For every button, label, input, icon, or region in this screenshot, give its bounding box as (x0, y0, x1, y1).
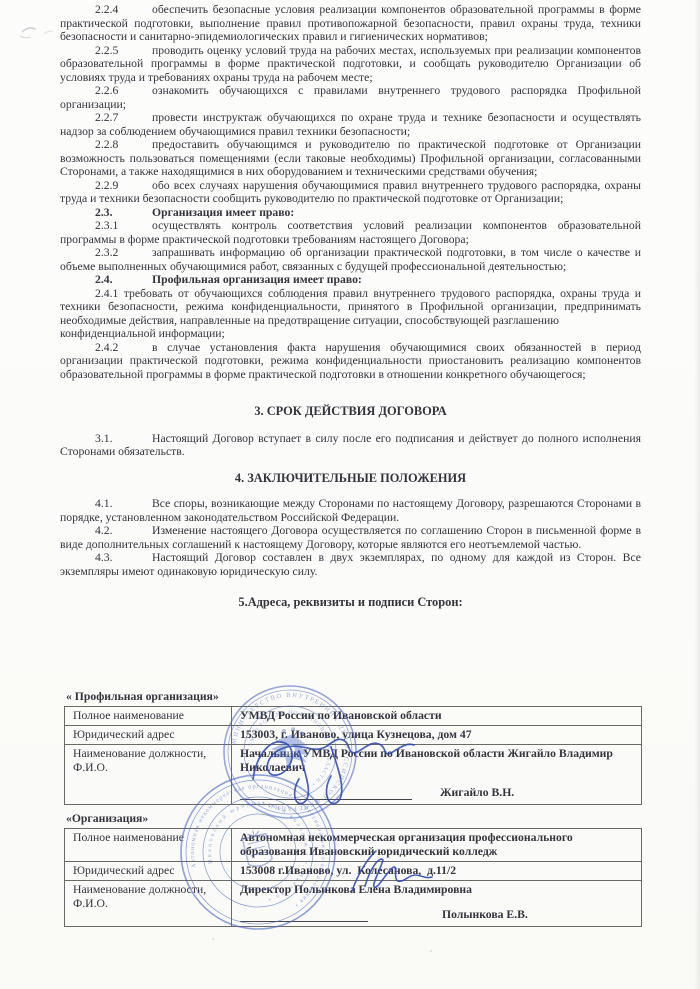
paragraph: 2.4.Профильная организация имеет право: (60, 273, 641, 287)
parties-section: « Профильная организация»Полное наименов… (64, 690, 642, 931)
paragraph: 2.4.1 требовать от обучающихся соблюдени… (60, 287, 641, 328)
row-label: Наименование должности, Ф.И.О. (65, 745, 232, 805)
row-value: Начальник УМВД России по Ивановской обла… (232, 745, 642, 805)
paragraph: 2.2.9обо всех случаях нарушения обучающи… (60, 179, 641, 206)
row-label: Полное наименование (65, 829, 232, 862)
row-value: УМВД России по Ивановской области (232, 707, 642, 726)
party-table: Полное наименованиеУМВД России по Иванов… (64, 706, 642, 805)
signature-blank-line (240, 907, 368, 922)
clause-number: 2.2.5 (95, 44, 152, 58)
clause-number: 2.4.2 (95, 341, 152, 355)
section-heading: 5.Адреса, реквизиты и подписи Сторон: (60, 596, 641, 610)
paragraph: конфиденциальной информации; (60, 327, 641, 341)
clause-number: 2.3. (95, 206, 152, 220)
section-heading: 3. СРОК ДЕЙСТВИЯ ДОГОВОРА (60, 405, 641, 419)
clause-number: 2.3.1 (95, 219, 152, 233)
row-value: Директор Полынкова Елена ВладимировнаПол… (232, 881, 642, 927)
signature-line: Полынкова Е.В. (240, 907, 633, 922)
party-table-label: « Профильная организация» (66, 690, 642, 704)
row-value: 153008 г.Иваново, ул. Колесанова, д.11/2 (232, 862, 642, 881)
table-row: Юридический адрес153008 г.Иваново, ул. К… (65, 862, 642, 881)
clause-number: 4.3. (95, 551, 152, 565)
clause-number: 4.2. (95, 524, 152, 538)
paragraph: 4.2.Изменение настоящего Договора осущес… (60, 524, 641, 551)
table-row: Полное наименованиеАвтономная некоммерче… (65, 829, 642, 862)
clause-number: 4.1. (95, 497, 152, 511)
paragraph: 2.2.5проводить оценку условий труда на р… (60, 44, 641, 85)
signature-line: Жигайло В.Н. (240, 785, 633, 800)
value-text: Начальник УМВД России по Ивановской обла… (240, 747, 633, 775)
clause-number: 2.2.9 (95, 179, 152, 193)
paragraph: 2.3.2запрашивать информацию об организац… (60, 246, 641, 273)
clause-number: 2.2.8 (95, 138, 152, 152)
row-value: 153003, г. Иваново, улица Кузнецова, дом… (232, 726, 642, 745)
clause-number: 2.4. (95, 273, 152, 287)
clause-number: 2.2.4 (95, 3, 152, 17)
scan-edge-shadow (694, 0, 700, 989)
signature-blank-line (240, 785, 412, 800)
party-table-label: «Организация» (66, 812, 642, 826)
scanned-contract-page: 2.2.4обеспечить безопасные условия реали… (0, 0, 700, 989)
table-row: Полное наименованиеУМВД России по Иванов… (65, 707, 642, 726)
value-text: УМВД России по Ивановской области (240, 709, 633, 723)
row-label: Юридический адрес (65, 726, 232, 745)
row-label: Полное наименование (65, 707, 232, 726)
value-text: Автономная некоммерческая организация пр… (240, 831, 633, 859)
paragraph: 2.2.6ознакомить обучающихся с правилами … (60, 84, 641, 111)
paragraph: 2.3.1осуществлять контроль соответствия … (60, 219, 641, 246)
value-text: 153008 г.Иваново, ул. Колесанова, д.11/2 (240, 864, 633, 878)
scan-speck (430, 950, 432, 952)
scan-speck (212, 938, 214, 940)
signatory-name: Жигайло В.Н. (440, 786, 514, 800)
row-label: Юридический адрес (65, 862, 232, 881)
table-row: Юридический адрес153003, г. Иваново, ули… (65, 726, 642, 745)
paragraph: 2.2.4обеспечить безопасные условия реали… (60, 3, 641, 44)
party-table: Полное наименованиеАвтономная некоммерче… (64, 828, 642, 927)
row-label: Наименование должности, Ф.И.О. (65, 881, 232, 927)
signatory-name: Полынкова Е.В. (442, 908, 528, 922)
paragraph: 2.2.8предоставить обучающимся и руководи… (60, 138, 641, 179)
paragraph: 4.1.Все споры, возникающие между Сторона… (60, 497, 641, 524)
paragraph: 2.2.7провести инструктаж обучающихся по … (60, 111, 641, 138)
paragraph: 2.4.2в случае установления факта нарушен… (60, 341, 641, 382)
section-heading: 4. ЗАКЛЮЧИТЕЛЬНЫЕ ПОЛОЖЕНИЯ (60, 472, 641, 486)
value-text: 153003, г. Иваново, улица Кузнецова, дом… (240, 728, 633, 742)
table-row: Наименование должности, Ф.И.О.Директор П… (65, 881, 642, 927)
document-body: 2.2.4обеспечить безопасные условия реали… (60, 3, 641, 620)
clause-number: 2.2.6 (95, 84, 152, 98)
pencil-marks (14, 20, 64, 50)
row-value: Автономная некоммерческая организация пр… (232, 829, 642, 862)
clause-number: 2.3.2 (95, 246, 152, 260)
paragraph: 4.3.Настоящий Договор составлен в двух э… (60, 551, 641, 578)
clause-number: 2.2.7 (95, 111, 152, 125)
paragraph: 3.1.Настоящий Договор вступает в силу по… (60, 432, 641, 459)
paragraph: 2.3.Организация имеет право: (60, 206, 641, 220)
value-text: Директор Полынкова Елена Владимировна (240, 883, 633, 897)
clause-number: 3.1. (95, 432, 152, 446)
table-row: Наименование должности, Ф.И.О.Начальник … (65, 745, 642, 805)
